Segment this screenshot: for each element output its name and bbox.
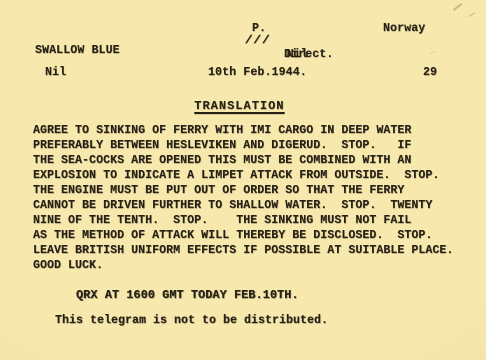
pencil-mark	[468, 12, 476, 17]
date-label: 10th Feb.1944.	[208, 66, 307, 79]
message-body: AGREE TO SINKING OF FERRY WITH IMI CARGO…	[33, 123, 453, 273]
body-line: NINE OF THE TENTH. STOP. THE SINKING MUS…	[33, 213, 453, 228]
pencil-mark	[430, 51, 436, 55]
body-line: AGREE TO SINKING OF FERRY WITH IMI CARGO…	[33, 123, 453, 138]
translation-heading: TRANSLATION	[194, 99, 284, 113]
body-line: AS THE METHOD OF ATTACK WILL THEREBY BE …	[33, 228, 453, 243]
body-line: GOOD LUCK.	[33, 258, 453, 273]
serial-number: 29	[423, 66, 437, 79]
country-label: Norway	[383, 22, 425, 35]
overstrike-marks: ///	[244, 34, 271, 47]
radio-schedule-line: QRX AT 1600 GMT TODAY FEB.10TH.	[76, 288, 299, 302]
pencil-mark	[453, 3, 463, 11]
body-line: CANNOT BE DRIVEN FURTHER TO SHALLOW WATE…	[33, 198, 453, 213]
routing-label: Direct.	[284, 48, 333, 61]
body-line: EXPLOSION TO INDICATE A LIMPET ATTACK FR…	[33, 168, 453, 183]
cancelled-text-wrap: Nil ///	[244, 35, 308, 87]
body-line: LEAVE BRITISH UNIFORM EFFECTS IF POSSIBL…	[33, 243, 453, 258]
body-line: PREFERABLY BETWEEN HESLEVIKEN AND DIGERU…	[33, 138, 453, 153]
codename-label: SWALLOW BLUE	[35, 44, 120, 57]
reference-label: Nil	[45, 66, 66, 79]
body-line: THE SEA-COCKS ARE OPENED THIS MUST BE CO…	[33, 153, 453, 168]
distribution-note: This telegram is not to be distributed.	[55, 314, 328, 327]
priority-label: P.	[252, 22, 266, 35]
body-line: THE ENGINE MUST BE PUT OUT OF ORDER SO T…	[33, 183, 453, 198]
telegram-document: Nil /// P. Norway SWALLOW BLUE Direct. N…	[0, 0, 486, 360]
